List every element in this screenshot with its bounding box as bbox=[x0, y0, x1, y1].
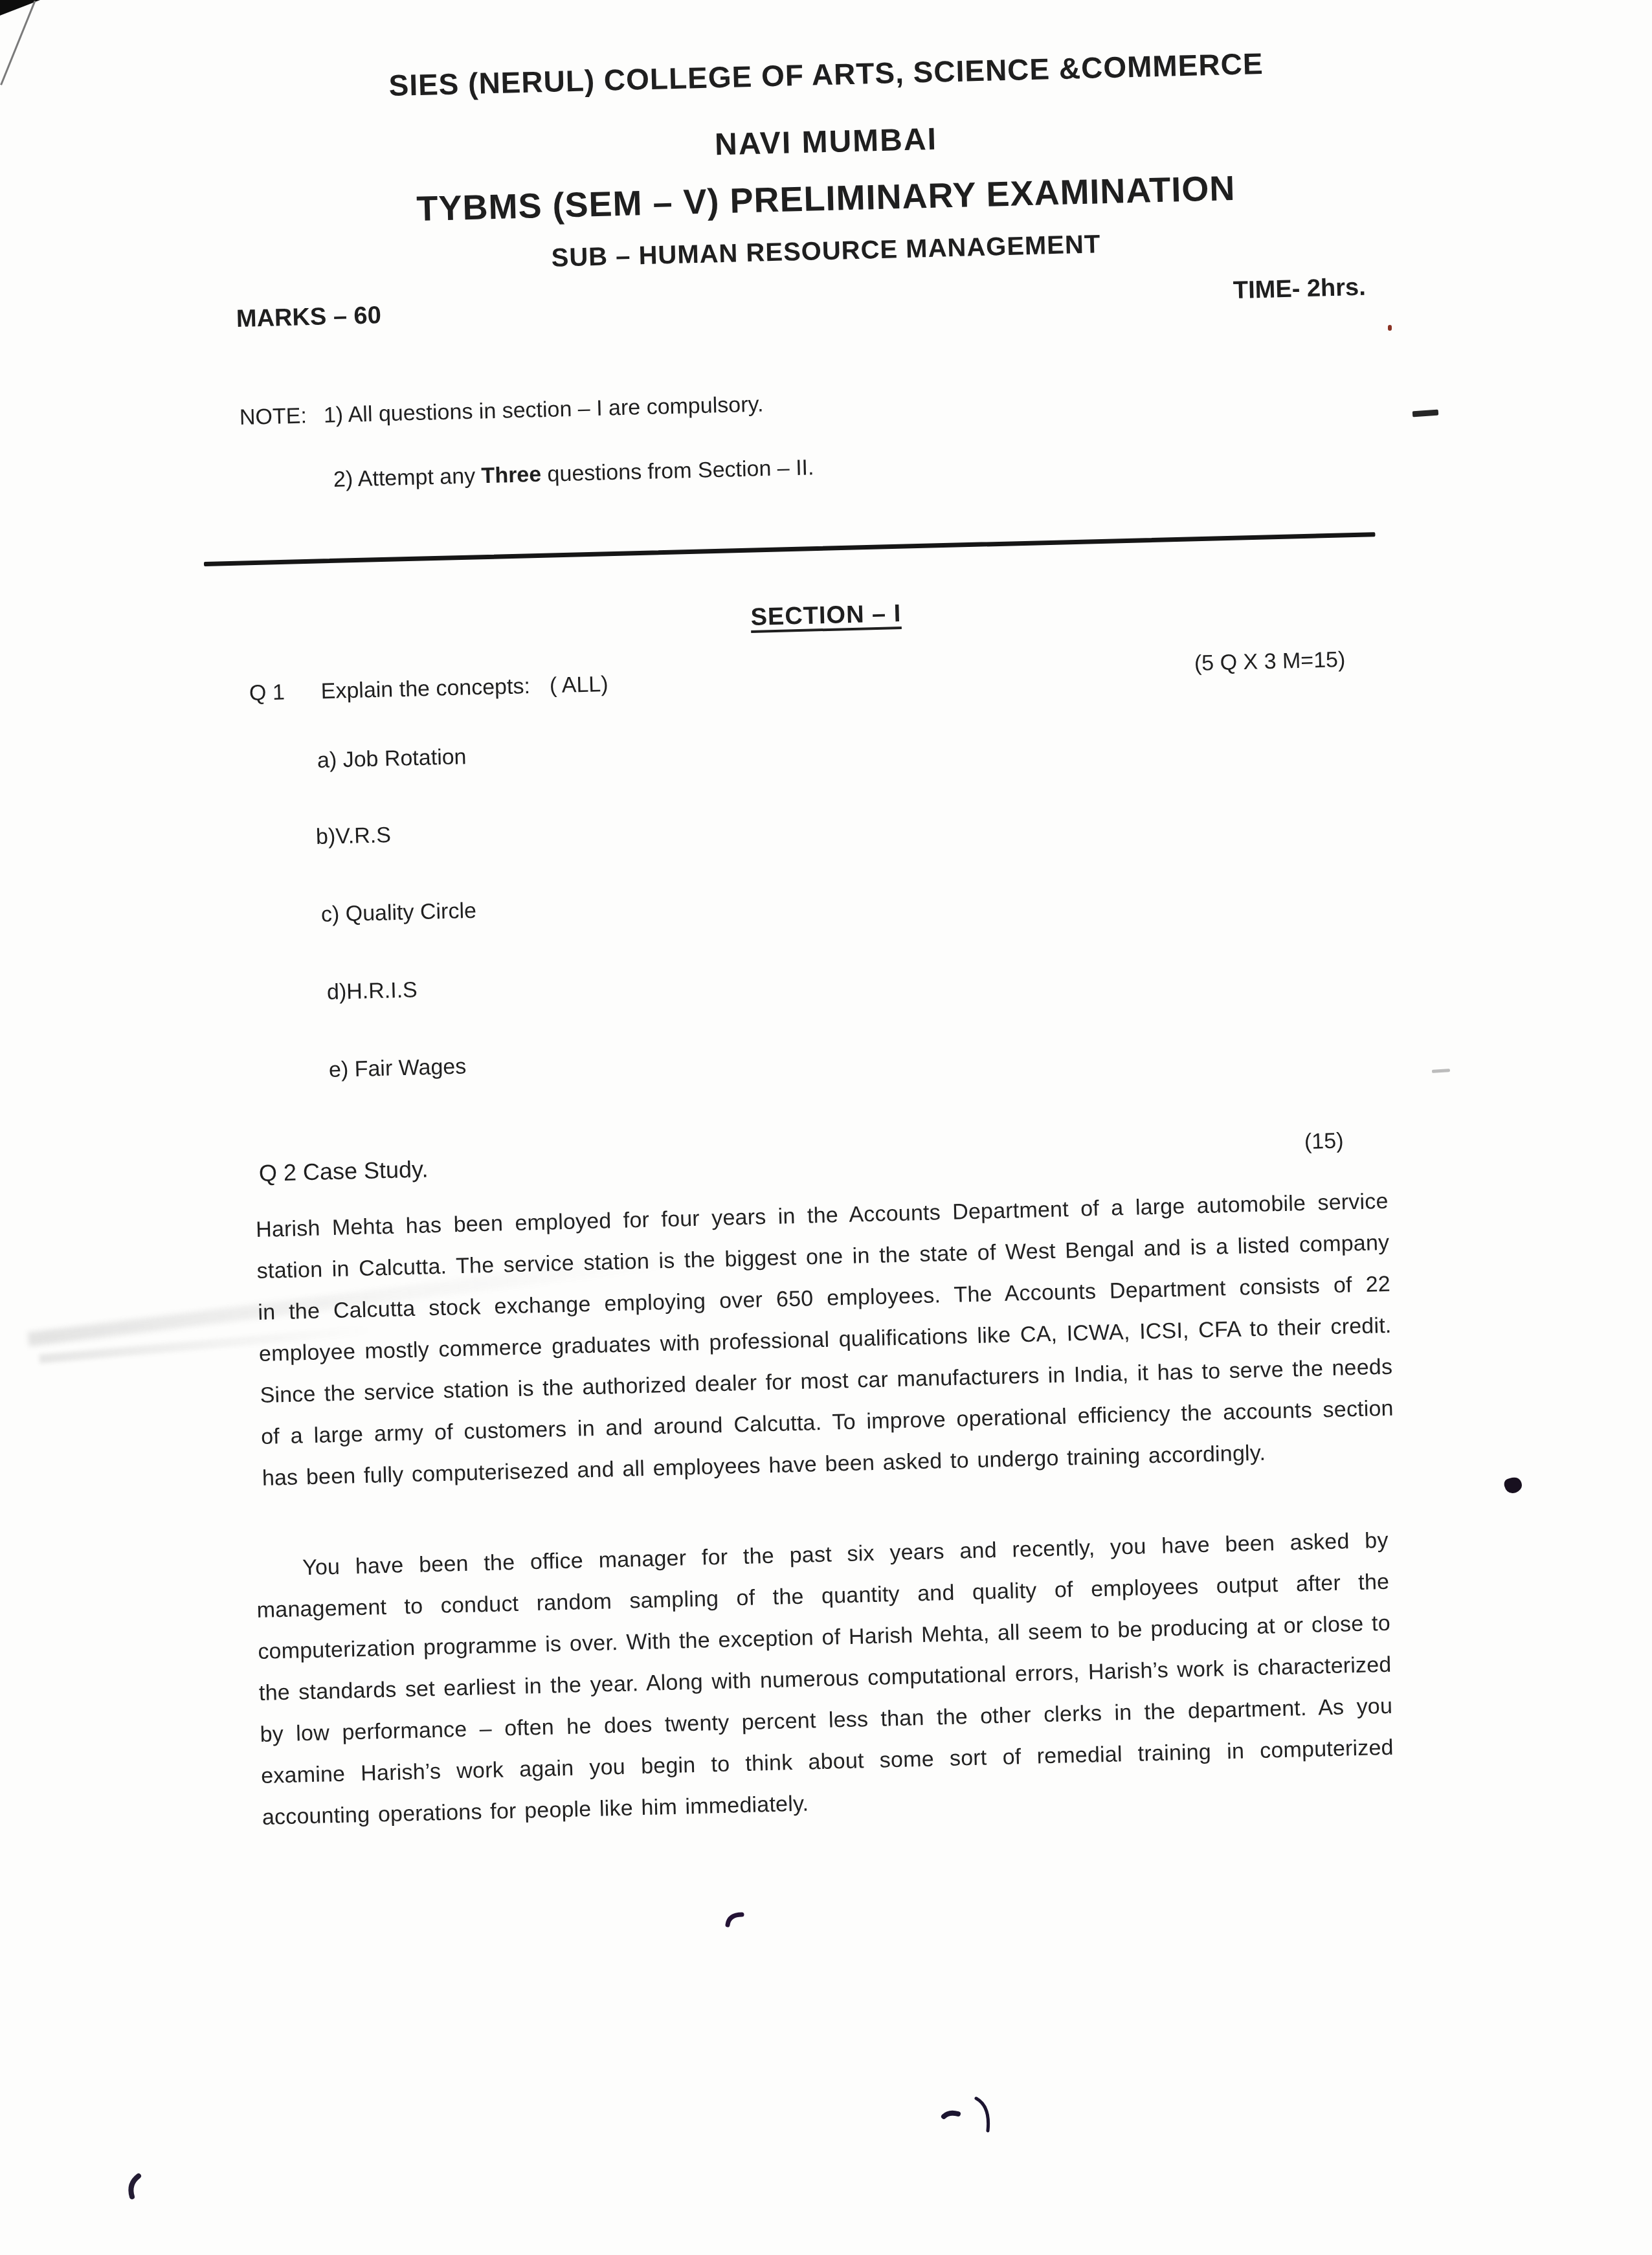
pen-scribble-pair bbox=[943, 2097, 1007, 2138]
q1-item-b: b)V.R.S bbox=[316, 823, 392, 850]
q2-paragraph-1: Harish Mehta has been employed for four … bbox=[255, 1181, 1395, 1499]
note-label: NOTE: bbox=[240, 403, 307, 430]
ink-dash-mark bbox=[1412, 410, 1439, 417]
note-line1-text: 1) All questions in section – I are comp… bbox=[323, 392, 763, 428]
q1-number: Q 1 bbox=[249, 680, 285, 706]
q1-item-d: d)H.R.I.S bbox=[327, 977, 418, 1005]
section-divider bbox=[204, 532, 1376, 566]
ink-blot bbox=[1499, 1476, 1525, 1498]
q2-paragraph-2: You have been the office manager for the… bbox=[255, 1520, 1395, 1838]
q2-marks: (15) bbox=[1304, 1128, 1344, 1155]
marks-label: MARKS – 60 bbox=[236, 302, 381, 333]
q1-all-label: ( ALL) bbox=[549, 672, 608, 698]
faint-dash-mark bbox=[1432, 1069, 1450, 1073]
note-line-1: NOTE:1) All questions in section – I are… bbox=[240, 392, 764, 430]
section-1-heading: SECTION – I bbox=[0, 581, 1652, 651]
red-ink-dot bbox=[1388, 325, 1392, 331]
q2-heading: Q 2 Case Study. bbox=[258, 1155, 428, 1187]
scanned-exam-page: SIES (NERUL) COLLEGE OF ARTS, SCIENCE &C… bbox=[0, 0, 1652, 2255]
q1-item-e: e) Fair Wages bbox=[329, 1054, 467, 1083]
q1-marks: (5 Q X 3 M=15) bbox=[1194, 647, 1346, 676]
note-line2-post: questions from Section – II. bbox=[541, 455, 814, 487]
q1-text: Explain the concepts: bbox=[320, 674, 530, 704]
note-line-2: 2) Attempt any Three questions from Sect… bbox=[333, 455, 814, 493]
college-name: SIES (NERUL) COLLEGE OF ARTS, SCIENCE &C… bbox=[0, 36, 1652, 113]
pen-tick-mark bbox=[725, 1909, 747, 1927]
note-line2-bold: Three bbox=[481, 462, 542, 488]
pen-comma-mark bbox=[127, 2175, 146, 2203]
q1-item-a: a) Job Rotation bbox=[317, 744, 467, 773]
note-line2-pre: 2) Attempt any bbox=[333, 463, 482, 492]
q1-line: Q 1Explain the concepts:( ALL) bbox=[249, 672, 609, 706]
q1-item-c: c) Quality Circle bbox=[321, 898, 477, 928]
time-label: TIME- 2hrs. bbox=[1233, 274, 1366, 305]
